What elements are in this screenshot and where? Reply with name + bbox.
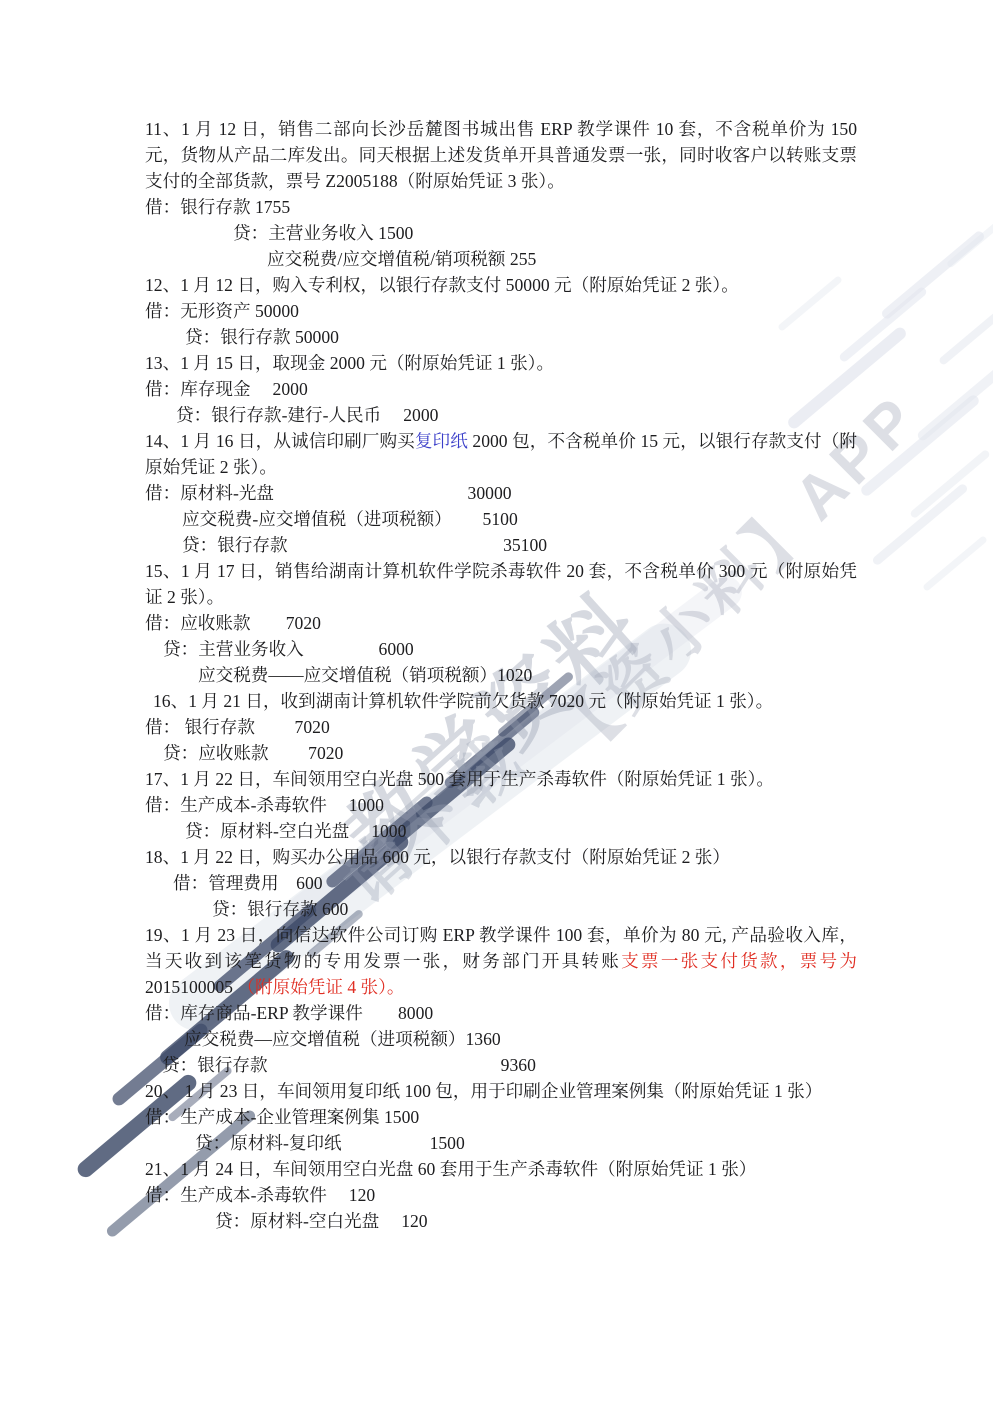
doc-line: 2015100005 （附原始凭证 4 张）。 xyxy=(145,974,857,1000)
text-run: 应交税费——应交增值税（销项税额）1020 xyxy=(198,665,532,685)
doc-line: 借：库存商品-ERP 教学课件 8000 xyxy=(145,1000,857,1026)
text-run: 19、1 月 23 日，向信达软件公司订购 ERP 教学课件 100 套，单价为… xyxy=(145,925,857,945)
text-run: 2000 包，不含税单价 15 元，以银行存款支付（附 xyxy=(468,431,857,451)
doc-line: 应交税费—应交增值税（进项税额）1360 xyxy=(145,1026,857,1052)
text-run: 借：库存商品-ERP 教学课件 8000 xyxy=(145,1003,433,1023)
doc-line: 16、1 月 21 日，收到湖南计算机软件学院前欠货款 7020 元（附原始凭证… xyxy=(145,688,857,714)
doc-line: 20、 1 月 23 日，车间领用复印纸 100 包，用于印刷企业管理案例集（附… xyxy=(145,1078,857,1104)
text-run: 借：银行存款 1755 xyxy=(145,197,290,217)
doc-line: 贷：银行存款 600 xyxy=(145,896,857,922)
text-run: 借：应收账款 7020 xyxy=(145,613,321,633)
text-run: 证 2 张）。 xyxy=(145,587,224,607)
doc-line: 借：生产成本-杀毒软件 1000 xyxy=(145,792,857,818)
doc-line: 应交税费——应交增值税（销项税额）1020 xyxy=(145,662,857,688)
text-run: 17、1 月 22 日，车间领用空白光盘 500 套用于生产杀毒软件（附原始凭证… xyxy=(145,769,774,789)
text-run: 贷：银行存款 600 xyxy=(212,899,348,919)
watermark-streak xyxy=(909,449,991,519)
doc-line: 支付的全部货款，票号 Z2005188（附原始凭证 3 张）。 xyxy=(145,168,857,194)
doc-line: 证 2 张）。 xyxy=(145,584,857,610)
doc-line: 应交税费/应交增值税/销项税额 255 xyxy=(145,246,857,272)
doc-line: 借：银行存款 1755 xyxy=(145,194,857,220)
watermark-streak xyxy=(880,229,986,320)
text-run: 借：原材料-光盘 30000 xyxy=(145,483,512,503)
watermark-streak xyxy=(938,302,993,366)
text-run: 借：管理费用 600 xyxy=(173,873,323,893)
text-run: 13、1 月 15 日，取现金 2000 元（附原始凭证 1 张）。 xyxy=(145,353,554,373)
doc-line: 借：原材料-光盘 30000 xyxy=(145,480,857,506)
doc-line: 借：管理费用 600 xyxy=(145,870,857,896)
doc-line: 应交税费-应交增值税（进项税额） 5100 xyxy=(145,506,857,532)
text-run: 2015100005 xyxy=(145,977,237,997)
doc-line: 17、1 月 22 日，车间领用空白光盘 500 套用于生产杀毒软件（附原始凭证… xyxy=(145,766,857,792)
doc-line: 贷：原材料-空白光盘 1000 xyxy=(145,818,857,844)
red-highlight-text: 支票一张支付货款，票号为 xyxy=(621,951,857,971)
doc-line: 11、1 月 12 日，销售二部向长沙岳麓图书城出售 ERP 教学课件 10 套… xyxy=(145,116,857,142)
doc-line: 19、1 月 23 日，向信达软件公司订购 ERP 教学课件 100 套，单价为… xyxy=(145,922,857,948)
text-run: 当天收到该笔货物的专用发票一张，财务部门开具转账 xyxy=(145,951,621,971)
text-run: 贷：原材料-空白光盘 1000 xyxy=(185,821,406,841)
doc-line: 当天收到该笔货物的专用发票一张，财务部门开具转账支票一张支付货款，票号为 xyxy=(145,948,857,974)
document-page: 教学资料【资小料】APP请下载 11、1 月 12 日，销售二部向长沙岳麓图书城… xyxy=(0,0,993,1404)
doc-line: 贷：原材料-空白光盘 120 xyxy=(145,1208,857,1234)
doc-line: 21、1 月 24 日，车间领用空白光盘 60 套用于生产杀毒软件（附原始凭证 … xyxy=(145,1156,857,1182)
copy-paper-link[interactable]: 复印纸 xyxy=(415,431,468,451)
text-run: 应交税费/应交增值税/销项税额 255 xyxy=(267,249,536,269)
text-run: 借：生产成本-企业管理案例集 1500 xyxy=(145,1107,419,1127)
text-run: 原始凭证 2 张）。 xyxy=(145,457,277,477)
doc-line: 12、1 月 12 日，购入专利权，以银行存款支付 50000 元（附原始凭证 … xyxy=(145,272,857,298)
doc-line: 贷：银行存款 9360 xyxy=(145,1052,857,1078)
text-run: 借：生产成本-杀毒软件 1000 xyxy=(145,795,384,815)
text-run: 借： 银行存款 7020 xyxy=(145,717,330,737)
text-run: 贷：银行存款-建行-人民币 2000 xyxy=(176,405,438,425)
doc-line: 贷：银行存款-建行-人民币 2000 xyxy=(145,402,857,428)
text-run: 21、1 月 24 日，车间领用空白光盘 60 套用于生产杀毒软件（附原始凭证 … xyxy=(145,1159,756,1179)
text-run: 贷：原材料-空白光盘 120 xyxy=(215,1211,428,1231)
text-run: 11、1 月 12 日，销售二部向长沙岳麓图书城出售 ERP 教学课件 10 套… xyxy=(145,119,857,139)
red-highlight-text: （附原始凭证 4 张）。 xyxy=(237,977,404,997)
text-run: 借：无形资产 50000 xyxy=(145,301,299,321)
doc-line: 贷：银行存款 50000 xyxy=(145,324,857,350)
doc-line: 元，货物从产品二库发出。同天根据上述发货单开具普通发票一张，同时收客户以转账支票 xyxy=(145,142,857,168)
text-run: 贷：主营业务收入 1500 xyxy=(233,223,413,243)
text-run: 16、1 月 21 日，收到湖南计算机软件学院前欠货款 7020 元（附原始凭证… xyxy=(153,691,773,711)
doc-line: 借：库存现金 2000 xyxy=(145,376,857,402)
text-run: 贷：银行存款 50000 xyxy=(185,327,339,347)
text-run: 贷：银行存款 9360 xyxy=(162,1055,536,1075)
text-run: 18、1 月 22 日，购买办公用品 600 元，以银行存款支付（附原始凭证 2… xyxy=(145,847,730,867)
text-run: 支付的全部货款，票号 Z2005188（附原始凭证 3 张）。 xyxy=(145,171,565,191)
doc-line: 14、1 月 16 日，从诚信印刷厂购买复印纸 2000 包，不含税单价 15 … xyxy=(145,428,857,454)
doc-line: 借：无形资产 50000 xyxy=(145,298,857,324)
text-run: 贷：原材料-复印纸 1500 xyxy=(195,1133,465,1153)
text-run: 借：生产成本-杀毒软件 120 xyxy=(145,1185,375,1205)
watermark-streak xyxy=(922,535,988,592)
doc-line: 18、1 月 22 日，购买办公用品 600 元，以银行存款支付（附原始凭证 2… xyxy=(145,844,857,870)
watermark-streak xyxy=(916,358,993,443)
text-run: 12、1 月 12 日，购入专利权，以银行存款支付 50000 元（附原始凭证 … xyxy=(145,275,739,295)
doc-line: 13、1 月 15 日，取现金 2000 元（附原始凭证 1 张）。 xyxy=(145,350,857,376)
text-run: 贷：应收账款 7020 xyxy=(163,743,343,763)
watermark-streak xyxy=(946,218,993,268)
text-run: 15、1 月 17 日，销售给湖南计算机软件学院杀毒软件 20 套，不含税单价 … xyxy=(145,561,857,581)
text-run: 贷：银行存款 35100 xyxy=(182,535,547,555)
doc-line: 借：生产成本-企业管理案例集 1500 xyxy=(145,1104,857,1130)
text-run: 贷：主营业务收入 6000 xyxy=(163,639,414,659)
doc-line: 贷：原材料-复印纸 1500 xyxy=(145,1130,857,1156)
doc-line: 借：应收账款 7020 xyxy=(145,610,857,636)
text-run: 应交税费-应交增值税（进项税额） 5100 xyxy=(182,509,518,529)
doc-line: 贷：银行存款 35100 xyxy=(145,532,857,558)
doc-line: 贷：主营业务收入 6000 xyxy=(145,636,857,662)
text-run: 借：库存现金 2000 xyxy=(145,379,308,399)
text-run: 14、1 月 16 日，从诚信印刷厂购买 xyxy=(145,431,415,451)
doc-line: 贷：主营业务收入 1500 xyxy=(145,220,857,246)
text-run: 元，货物从产品二库发出。同天根据上述发货单开具普通发票一张，同时收客户以转账支票 xyxy=(145,145,857,165)
doc-line: 15、1 月 17 日，销售给湖南计算机软件学院杀毒软件 20 套，不含税单价 … xyxy=(145,558,857,584)
doc-line: 贷：应收账款 7020 xyxy=(145,740,857,766)
doc-line: 借：生产成本-杀毒软件 120 xyxy=(145,1182,857,1208)
watermark-streak xyxy=(859,393,981,498)
text-run: 20、 1 月 23 日，车间领用复印纸 100 包，用于印刷企业管理案例集（附… xyxy=(145,1081,822,1101)
watermark-streak xyxy=(871,482,969,566)
document-lines: 11、1 月 12 日，销售二部向长沙岳麓图书城出售 ERP 教学课件 10 套… xyxy=(145,116,857,1234)
text-run: 应交税费—应交增值税（进项税额）1360 xyxy=(184,1029,501,1049)
doc-line: 借： 银行存款 7020 xyxy=(145,714,857,740)
doc-line: 原始凭证 2 张）。 xyxy=(145,454,857,480)
